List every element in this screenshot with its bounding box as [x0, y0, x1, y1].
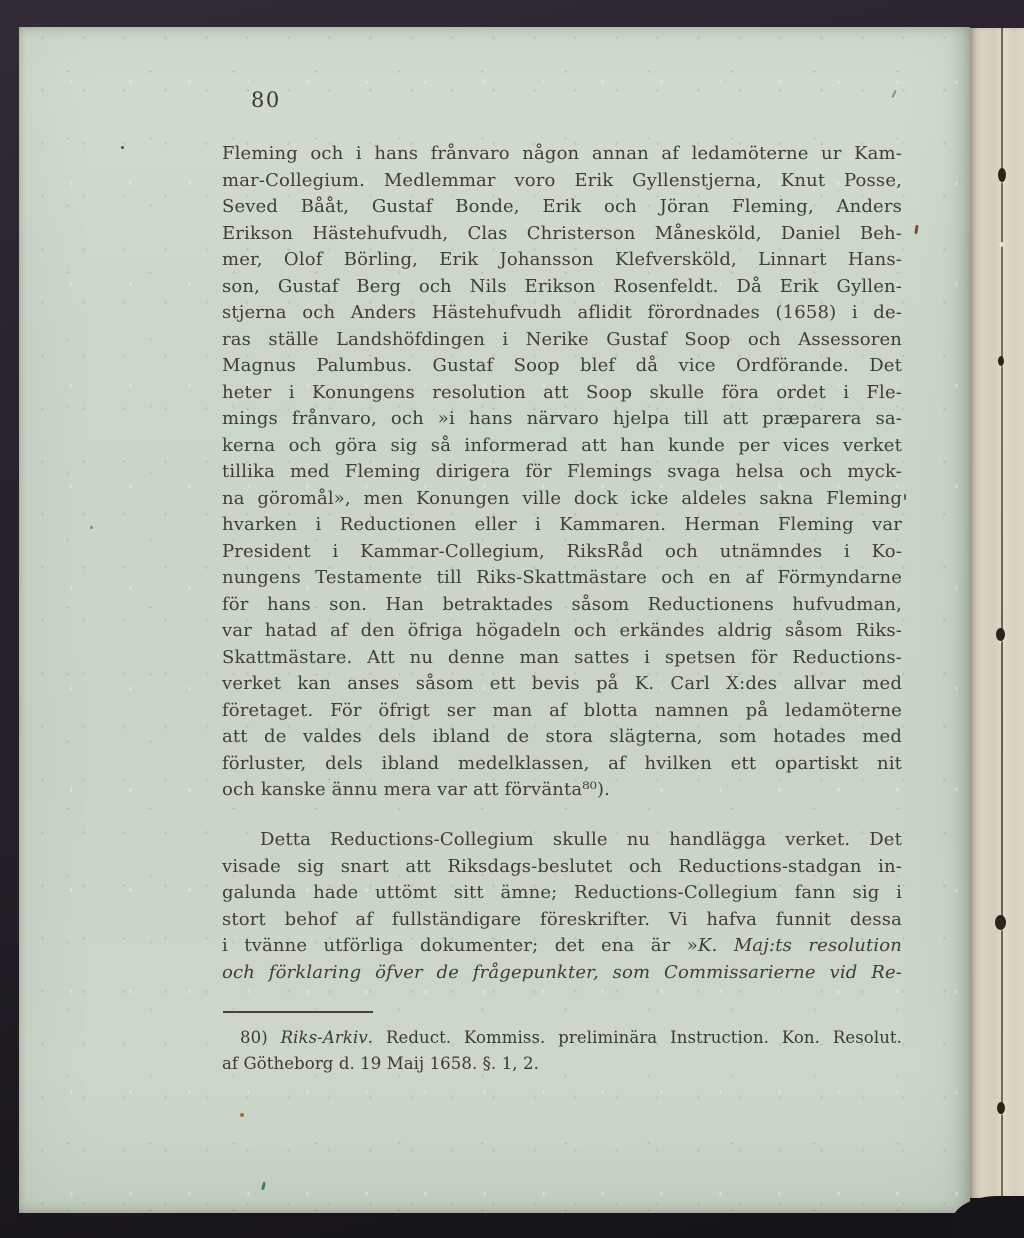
- stitch-hole: [996, 628, 1005, 641]
- page-edge-stack: [970, 28, 1024, 1198]
- text-segment: i tvänne utförliga dokumenter; det ena ä…: [222, 935, 698, 956]
- footnote-line: 80) Riks-Arkiv. Reduct. Kommiss. prelimi…: [222, 1025, 902, 1051]
- paper-bump: [999, 242, 1004, 247]
- text-line: stort behof af fullständigare föreskrift…: [222, 907, 902, 934]
- text-line: Erikson Hästehufvudh, Clas Christerson M…: [222, 221, 902, 248]
- footnote-source-italic: Riks-Arkiv: [281, 1028, 368, 1047]
- scanned-book-spread: 80 Fleming och i hans frånvaro någon ann…: [0, 0, 1024, 1238]
- ink-speck: [121, 146, 124, 149]
- text-line: tillika med Fleming dirigera för Fleming…: [222, 459, 902, 486]
- stitch-hole: [995, 915, 1006, 930]
- text-line: President i Kammar-Collegium, RiksRåd oc…: [222, 539, 902, 566]
- text-line: Magnus Palumbus. Gustaf Soop blef då vic…: [222, 353, 902, 380]
- text-line: förluster, dels ibland medelklassen, af …: [222, 751, 902, 778]
- text-line: och förklaring öfver de frågepunkter, so…: [222, 960, 902, 987]
- footnote-marker: 80): [240, 1028, 281, 1047]
- stitch-hole: [997, 1102, 1005, 1114]
- text-line: för hans son. Han betraktades såsom Redu…: [222, 592, 902, 619]
- text-line: son, Gustaf Berg och Nils Erikson Rosenf…: [222, 274, 902, 301]
- text-line: heter i Konungens resolution att Soop sk…: [222, 380, 902, 407]
- text-line: visade sig snart att Riksdags-beslutet o…: [222, 854, 902, 881]
- text-line: kerna och göra sig så informerad att han…: [222, 433, 902, 460]
- text-line: i tvänne utförliga dokumenter; det ena ä…: [222, 933, 902, 960]
- footnote: 80) Riks-Arkiv. Reduct. Kommiss. prelimi…: [222, 1025, 902, 1077]
- ink-speck: [240, 1113, 244, 1117]
- text-line: Seved Bååt, Gustaf Bonde, Erik och Jöran…: [222, 194, 902, 221]
- ink-speck: [904, 494, 906, 500]
- text-line: mings frånvaro, och »i hans närvaro hjel…: [222, 406, 902, 433]
- text-line: företaget. För öfrigt ser man af blotta …: [222, 698, 902, 725]
- text-segment-italic: K. Maj:ts resolution: [698, 935, 902, 956]
- paragraph-2: Detta Reductions-Collegium skulle nu han…: [222, 827, 902, 986]
- footnote-line: af Götheborg d. 19 Maij 1658. §. 1, 2.: [222, 1051, 902, 1077]
- text-line: nungens Testamente till Riks-Skattmästar…: [222, 565, 902, 592]
- text-line: na göromål», men Konungen ville dock ick…: [222, 486, 902, 513]
- text-line: mer, Olof Börling, Erik Johansson Klefve…: [222, 247, 902, 274]
- text-line: var hatad af den öfriga högadeln och erk…: [222, 618, 902, 645]
- text-line: hvarken i Reductionen eller i Kammaren. …: [222, 512, 902, 539]
- text-line: Detta Reductions-Collegium skulle nu han…: [222, 827, 902, 854]
- text-line: att de valdes dels ibland de stora slägt…: [222, 724, 902, 751]
- page-number: 80: [251, 88, 281, 112]
- text-line: Fleming och i hans frånvaro någon annan …: [222, 141, 902, 168]
- paragraph-1: Fleming och i hans frånvaro någon annan …: [222, 141, 902, 804]
- text-line: verket kan anses såsom ett bevis på K. C…: [222, 671, 902, 698]
- stitch-hole: [998, 356, 1004, 366]
- stitch-hole: [998, 168, 1006, 182]
- text-line: Skattmästare. Att nu denne man sattes i …: [222, 645, 902, 672]
- text-segment: . Reduct. Kommiss. preliminära Instructi…: [368, 1028, 902, 1047]
- text-line: stjerna och Anders Hästehufvudh aflidit …: [222, 300, 902, 327]
- text-line: mar-Collegium. Medlemmar voro Erik Gylle…: [222, 168, 902, 195]
- text-line: och kanske ännu mera var att förvänta⁸⁰)…: [222, 777, 902, 804]
- text-line: ras ställe Landshöfdingen i Nerike Gusta…: [222, 327, 902, 354]
- ink-speck: [90, 526, 93, 529]
- binding-crease: [1001, 28, 1003, 1198]
- footnote-rule: [223, 1011, 373, 1013]
- text-line: galunda hade uttömt sitt ämne; Reduction…: [222, 880, 902, 907]
